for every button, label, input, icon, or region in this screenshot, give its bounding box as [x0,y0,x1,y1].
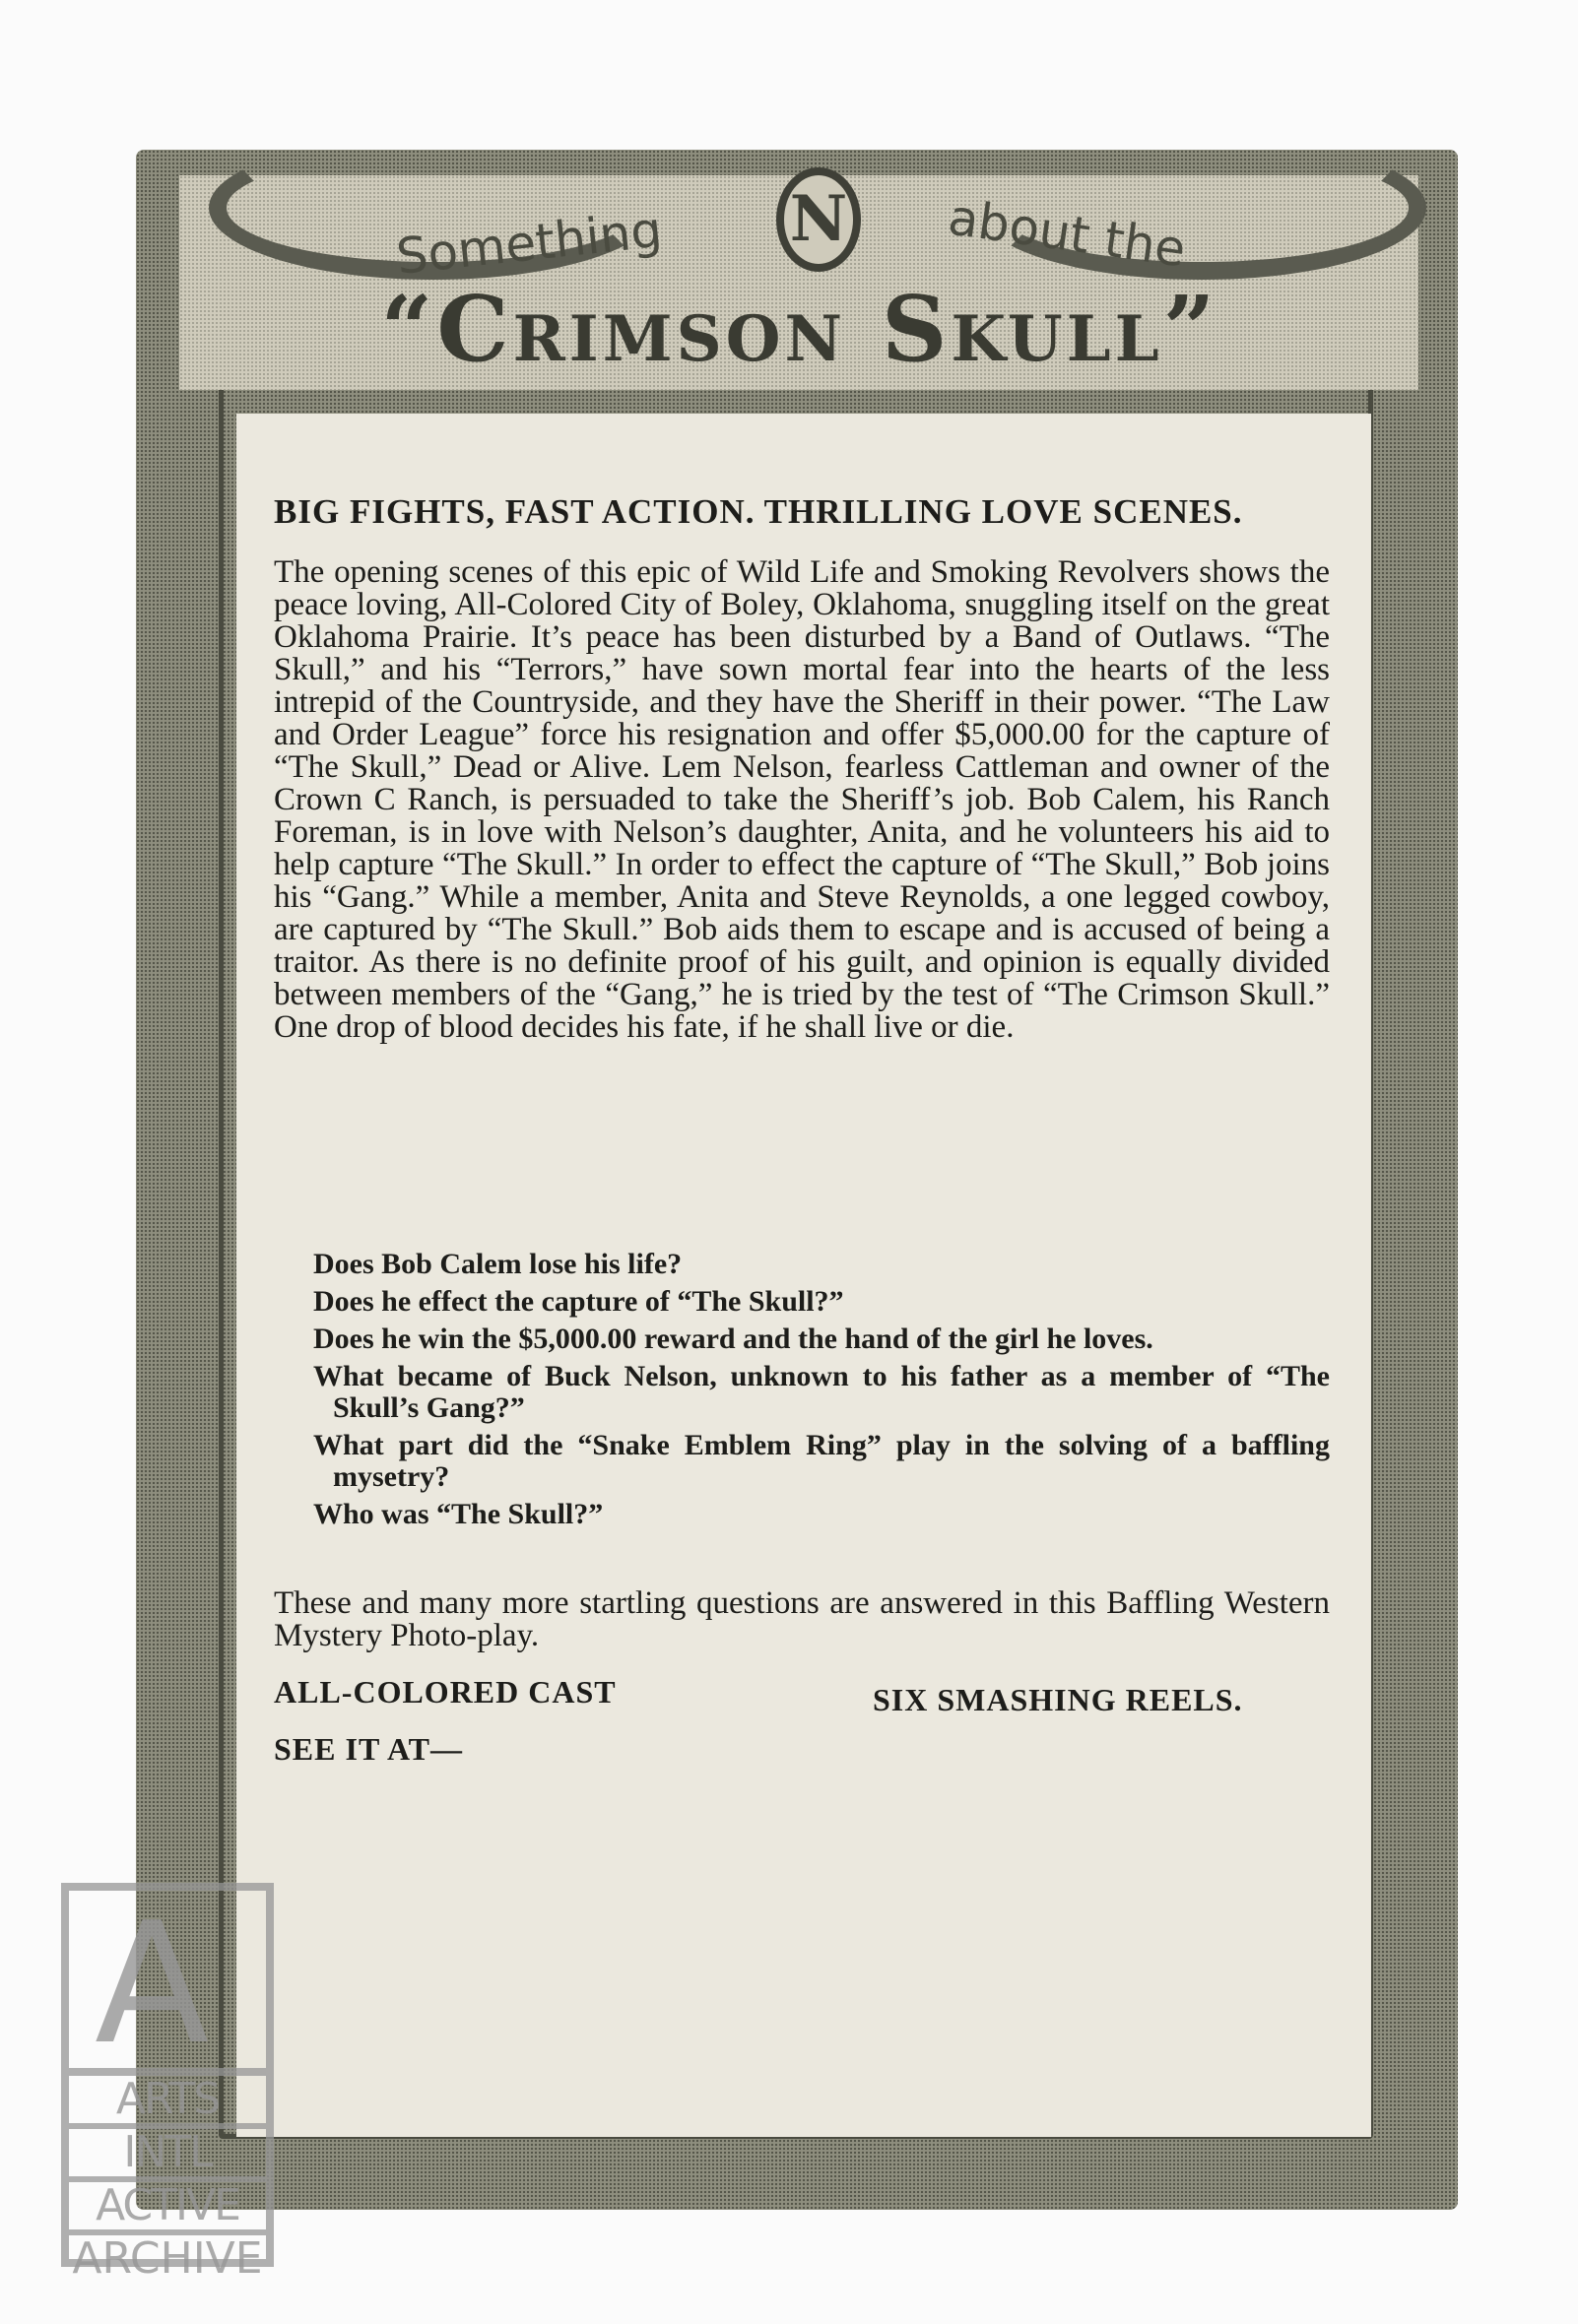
headline: BIG FIGHTS, FAST ACTION. THRILLING LOVE … [274,492,1326,532]
synopsis-paragraph: The opening scenes of this epic of Wild … [274,556,1330,1044]
archive-watermark-logo: A ARTS INTL ACTIVE ARCHIVE [61,1883,274,2267]
questions-list: Does Bob Calem lose his life? Does he ef… [313,1249,1330,1536]
watermark-line: ARTS [69,2076,266,2129]
handbill-card: Something N about the “Crimson Skull” [136,150,1458,2210]
title-banner: Something N about the “Crimson Skull” [179,175,1418,390]
cast-label: ALL-COLORED CAST [274,1674,617,1711]
watermark-a-icon: A [69,1891,266,2076]
question-item: Who was “The Skull?” [313,1499,1330,1530]
question-item: What part did the “Snake Emblem Ring” pl… [313,1430,1330,1493]
watermark-line: ACTIVE [69,2182,266,2235]
watermark-line: ARCHIVE [69,2235,266,2283]
question-item: Does he effect the capture of “The Skull… [313,1286,1330,1318]
n-logo-icon: N [776,167,861,272]
question-item: What became of Buck Nelson, unknown to h… [313,1361,1330,1424]
question-item: Does Bob Calem lose his life? [313,1249,1330,1280]
watermark-line: INTL [69,2129,266,2182]
question-item: Does he win the $5,000.00 reward and the… [313,1323,1330,1355]
see-it-at-label: SEE IT AT— [274,1731,463,1768]
reels-label: SIX SMASHING REELS. [873,1682,1243,1718]
banner-title: “Crimson Skull” [209,276,1391,382]
closing-paragraph: These and many more startling questions … [274,1587,1330,1652]
